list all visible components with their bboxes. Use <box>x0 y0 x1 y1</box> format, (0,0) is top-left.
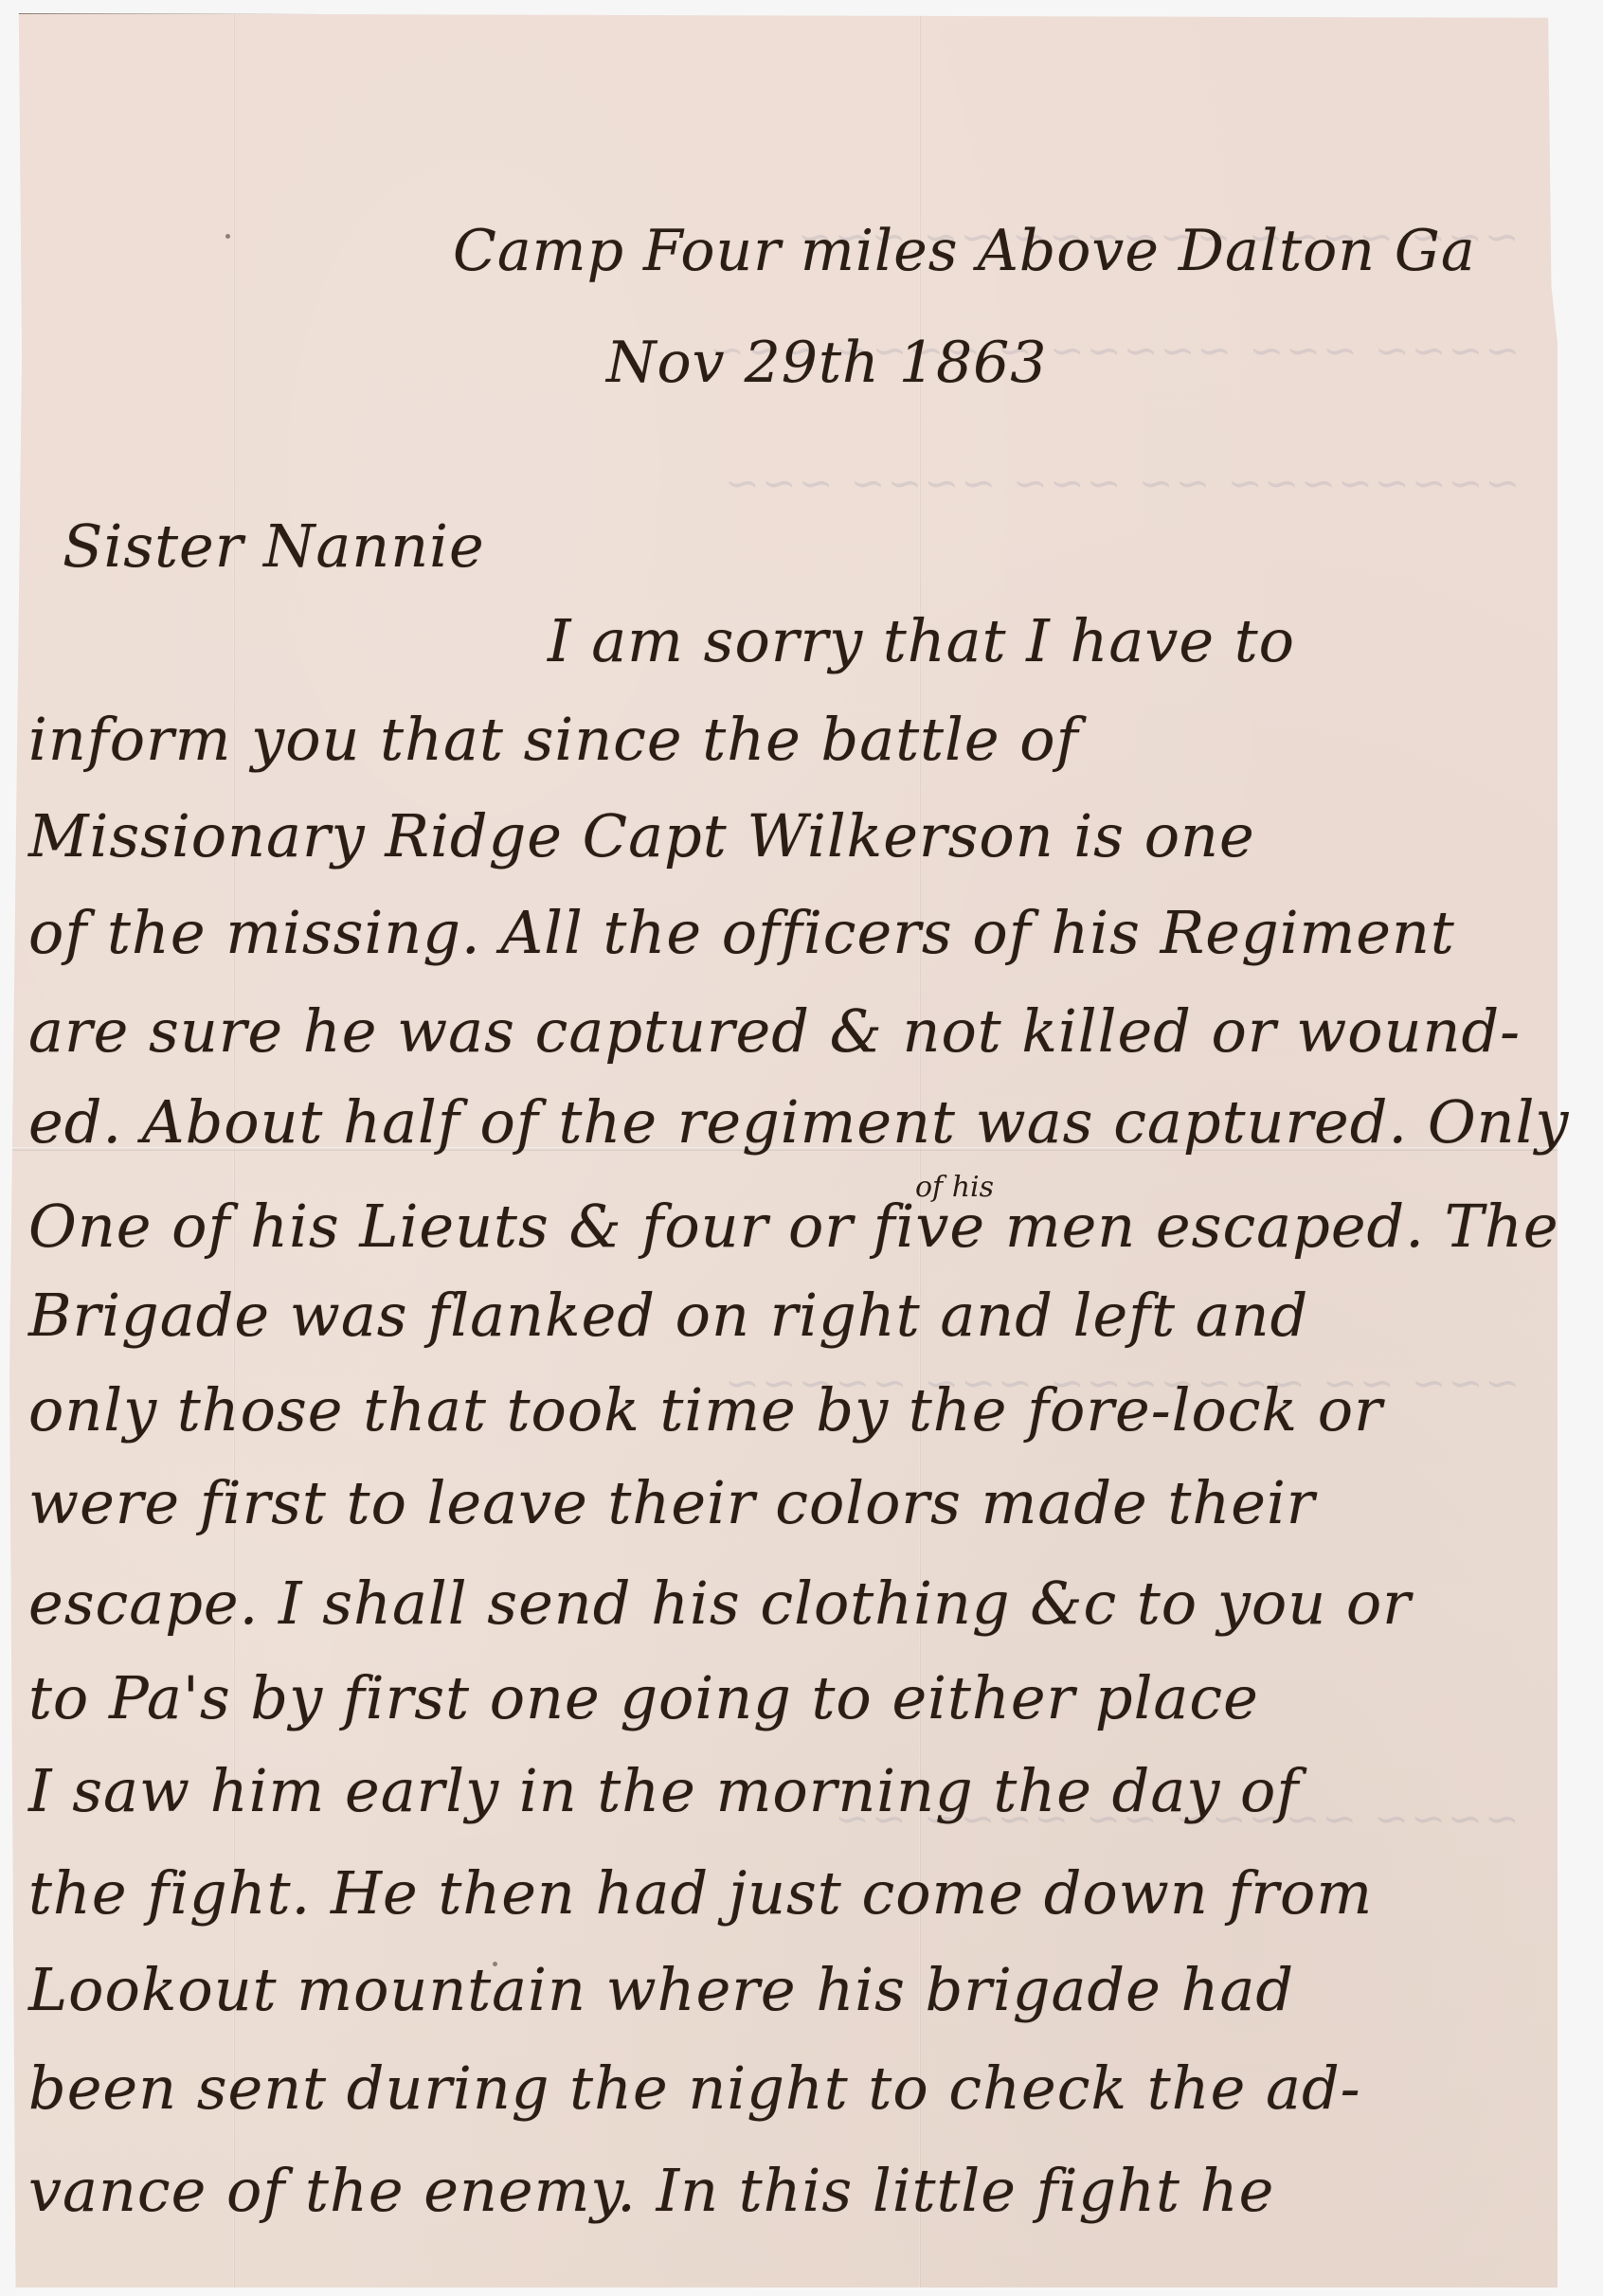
letter-body-line: the fight. He then had just come down fr… <box>28 1858 1373 1928</box>
bleed-through-text: ~~~~~~~~ ~~ ~~~ ~~~~ ~~~ <box>723 459 1520 508</box>
letter-body-line: to Pa's by first one going to either pla… <box>28 1663 1259 1732</box>
letter-body-line: of the missing. All the officers of his … <box>28 898 1455 967</box>
letter-heading-place: Camp Four miles Above Dalton Ga <box>453 218 1476 284</box>
letter-body-line: were first to leave their colors made th… <box>28 1468 1315 1537</box>
letter-salutation: Sister Nannie <box>63 511 485 581</box>
letter-body-line: ed. About half of the regiment was captu… <box>28 1087 1569 1157</box>
ink-speck <box>225 234 230 239</box>
letter-body-line: inform you that since the battle of <box>28 705 1079 774</box>
letter-body-line: are sure he was captured & not killed or… <box>28 996 1521 1066</box>
letter-body-line: Lookout mountain where his brigade had <box>28 1955 1294 2024</box>
letter-body-line: One of his Lieuts & four or five men esc… <box>28 1192 1559 1261</box>
letter-body-line: I saw him early in the morning the day o… <box>28 1756 1299 1825</box>
letter-body-line: escape. I shall send his clothing &c to … <box>28 1569 1412 1638</box>
letter-body-line: only those that took time by the fore-lo… <box>28 1375 1383 1444</box>
letter-body-line: been sent during the night to check the … <box>28 2054 1361 2123</box>
letter-body-line: I am sorry that I have to <box>548 606 1295 675</box>
letter-body-line: Brigade was flanked on right and left an… <box>28 1281 1308 1350</box>
letter-heading-date: Nov 29th 1863 <box>606 330 1047 396</box>
letter-body-line: vance of the enemy. In this little fight… <box>28 2156 1274 2225</box>
letter-body-line: Missionary Ridge Capt Wilkerson is one <box>28 801 1255 870</box>
